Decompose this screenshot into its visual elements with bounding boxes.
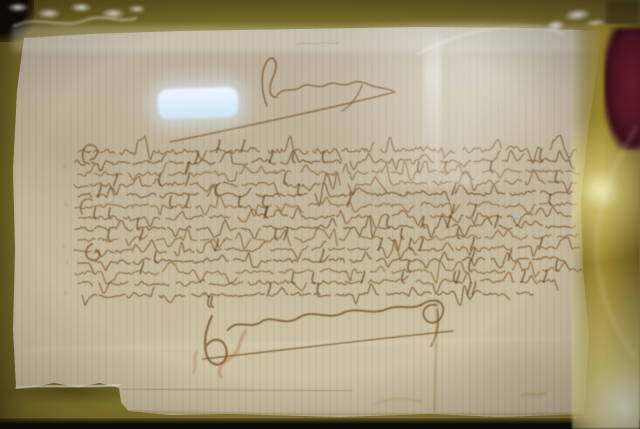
photo-of-manuscript: Color photograph of a one-page handwritt…: [0, 0, 640, 429]
photo-vignette: [0, 0, 640, 429]
